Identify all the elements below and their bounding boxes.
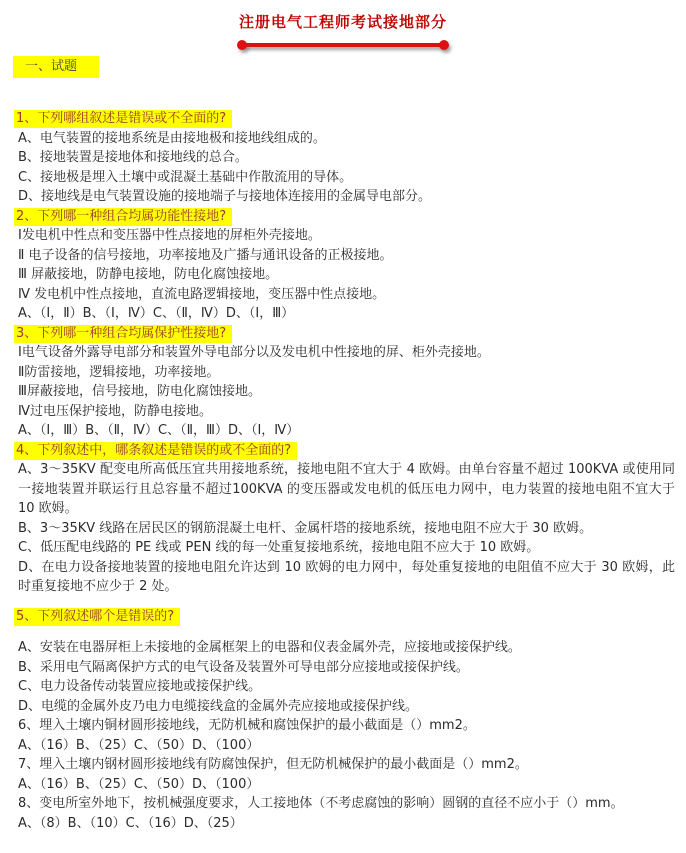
question-block-4: 4、下列叙述中，哪条叙述是错误的或不全面的?A、3～35KV 配变电所高低压宜共… (13, 441, 675, 597)
question-line: Ⅳ 发电机中性点接地，直流电路逻辑接地，变压器中性点接地。 (13, 285, 675, 305)
question-block-5: 5、下列叙述哪个是错误的?A、安装在电器屏柜上未接地的金属框架上的电器和仪表金属… (13, 607, 675, 717)
question-heading-highlight: 4、下列叙述中，哪条叙述是错误的或不全面的? (14, 442, 297, 460)
question-line: Ⅰ发电机中性点和变压器中性点接地的屏柜外壳接地。 (13, 226, 675, 246)
question-line: D、电缆的金属外皮乃电力电缆接线盒的金属外壳应接地或接保护线。 (13, 697, 675, 717)
question-line: A、安装在电器屏柜上未接地的金属框架上的电器和仪表金属外壳，应接地或接保护线。 (13, 638, 675, 658)
question-block-1: 1、下列哪组叙述是错误或不全面的?A、电气装置的接地系统是由接地极和接地线组成的… (13, 109, 675, 207)
question-heading: 3、下列哪一种组合均属保护性接地? (13, 324, 675, 344)
question-line: Ⅲ 屏蔽接地，防静电接地，防电化腐蚀接地。 (13, 265, 675, 285)
question-heading: 5、下列叙述哪个是错误的? (13, 607, 675, 627)
question-block-8: 8、变电所室外地下，按机械强度要求，人工接地体（不考虑腐蚀的影响）圆钢的直径不应… (13, 794, 675, 833)
question-line: A、（8）B、（10）C、（16）D、（25） (13, 814, 675, 834)
question-line: A、（16）B、（25）C、（50）D、（100） (13, 736, 675, 756)
question-line: Ⅰ电气设备外露导电部分和装置外导电部分以及发电机中性接地的屏、柜外壳接地。 (13, 343, 675, 363)
question-line: Ⅱ防雷接地，逻辑接地，功率接地。 (13, 363, 675, 383)
question-block-7: 7、埋入土壤内钢材圆形接地线有防腐蚀保护，但无防机械保护的最小截面是（）mm2。… (13, 755, 675, 794)
question-heading: 7、埋入土壤内钢材圆形接地线有防腐蚀保护，但无防机械保护的最小截面是（）mm2。 (13, 755, 675, 775)
question-heading-highlight: 3、下列哪一种组合均属保护性接地? (14, 325, 232, 343)
question-line: A、（16）B、（25）C、（50）D、（100） (13, 775, 675, 795)
question-line: A、电气装置的接地系统是由接地极和接地线组成的。 (13, 129, 675, 149)
section-heading: 一、试题 (13, 56, 99, 78)
question-heading-highlight: 5、下列叙述哪个是错误的? (14, 608, 180, 626)
question-line: B、接地装置是接地体和接地线的总合。 (13, 148, 675, 168)
question-block-6: 6、埋入土壤内铜材圆形接地线，无防机械和腐蚀保护的最小截面是（）mm2。A、（1… (13, 716, 675, 755)
question-line: C、低压配电线路的 PE 线或 PEN 线的每一处重复接地系统，接地电阻不应大于… (13, 538, 675, 558)
question-line: B、采用电气隔离保护方式的电气设备及装置外可导电部分应接地或接保护线。 (13, 658, 675, 678)
question-line: C、接地极是埋入土壤中或混凝土基础中作散流用的导体。 (13, 168, 675, 188)
question-line: A、3～35KV 配变电所高低压宜共用接地系统，接地电阻不宜大于 4 欧姆。由单… (13, 460, 675, 519)
question-heading-highlight: 1、下列哪组叙述是错误或不全面的? (14, 110, 232, 128)
question-heading: 4、下列叙述中，哪条叙述是错误的或不全面的? (13, 441, 675, 461)
question-block-2: 2、下列哪一种组合均属功能性接地?Ⅰ发电机中性点和变压器中性点接地的屏柜外壳接地… (13, 207, 675, 324)
question-line: Ⅲ屏蔽接地，信号接地，防电化腐蚀接地。 (13, 382, 675, 402)
question-heading: 2、下列哪一种组合均属功能性接地? (13, 207, 675, 227)
question-line: A、（Ⅰ，Ⅲ）B、（Ⅱ，Ⅳ）C、（Ⅱ，Ⅲ）D、（Ⅰ，Ⅳ） (13, 421, 675, 441)
question-line: D、在电力设备接地装置的接地电阻允许达到 10 欧姆的电力网中，每处重复接地的电… (13, 558, 675, 597)
question-heading-highlight: 2、下列哪一种组合均属功能性接地? (14, 208, 232, 226)
page-title: 注册电气工程师考试接地部分 (0, 11, 686, 32)
divider-left-dot (237, 40, 247, 50)
divider-right-dot (439, 40, 449, 50)
question-line: C、电力设备传动装置应接地或接保护线。 (13, 677, 675, 697)
question-heading: 8、变电所室外地下，按机械强度要求，人工接地体（不考虑腐蚀的影响）圆钢的直径不应… (13, 794, 675, 814)
page-root: { "document": { "title": "注册电气工程师考试接地部分"… (0, 0, 686, 853)
question-block-3: 3、下列哪一种组合均属保护性接地?Ⅰ电气设备外露导电部分和装置外导电部分以及发电… (13, 324, 675, 441)
question-line: Ⅱ 电子设备的信号接地，功率接地及广播与通讯设备的正极接地。 (13, 246, 675, 266)
question-line: B、3～35KV 线路在居民区的钢筋混凝土电杆、金属杆塔的接地系统，接地电阻不应… (13, 519, 675, 539)
question-heading: 1、下列哪组叙述是错误或不全面的? (13, 109, 675, 129)
question-line: A、（Ⅰ，Ⅱ）B、（Ⅰ，Ⅳ）C、（Ⅱ，Ⅳ）D、（Ⅰ，Ⅲ） (13, 304, 675, 324)
questions: 1、下列哪组叙述是错误或不全面的?A、电气装置的接地系统是由接地极和接地线组成的… (13, 109, 675, 833)
title-divider-line (243, 43, 443, 47)
question-heading: 6、埋入土壤内铜材圆形接地线，无防机械和腐蚀保护的最小截面是（）mm2。 (13, 716, 675, 736)
question-line: D、接地线是电气装置设施的接地端子与接地体连接用的金属导电部分。 (13, 187, 675, 207)
question-line: Ⅳ过电压保护接地，防静电接地。 (13, 402, 675, 422)
